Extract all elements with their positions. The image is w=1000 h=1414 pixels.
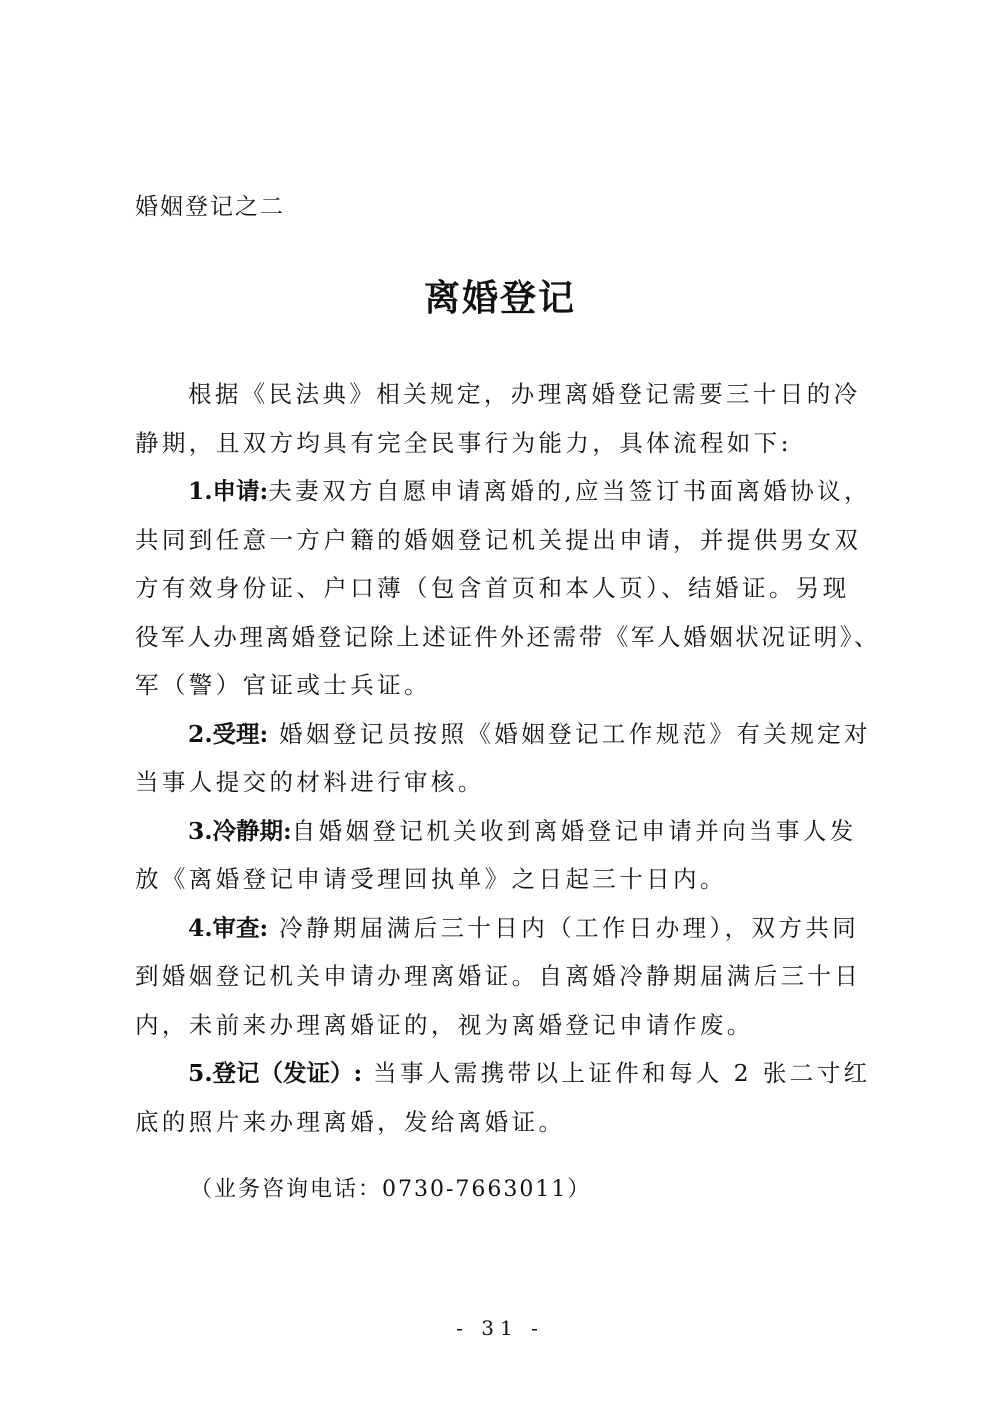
step-line: 5.登记（发证）: 当事人需携带以上证件和每人 2 张二寸红 — [135, 1049, 870, 1098]
page-title: 离婚登记 — [0, 270, 1000, 321]
step-line: 方有效身份证、户口薄（包含首页和本人页）、结婚证。另现 — [135, 564, 870, 613]
step-label: 2.受理: — [188, 720, 268, 748]
step-line: 军（警）官证或士兵证。 — [135, 661, 870, 710]
step-text: 夫妻双方自愿申请离婚的,应当签订书面离婚协议， — [268, 477, 871, 505]
step-label: 3.冷静期: — [188, 817, 292, 845]
step-line: 1.申请:夫妻双方自愿申请离婚的,应当签订书面离婚协议， — [135, 467, 870, 516]
step-line: 到婚姻登记机关申请办理离婚证。自离婚冷静期届满后三十日 — [135, 952, 870, 1001]
step-line: 役军人办理离婚登记除上述证件外还需带《军人婚姻状况证明》、 — [135, 613, 870, 662]
intro-line: 根据《民法典》相关规定，办理离婚登记需要三十日的冷 — [135, 370, 870, 419]
step-review: 4.审查: 冷静期届满后三十日内（工作日办理），双方共同 到婚姻登记机关申请办理… — [135, 904, 870, 1050]
step-line: 2.受理: 婚姻登记员按照《婚姻登记工作规范》有关规定对 — [135, 710, 870, 759]
step-text: 冷静期届满后三十日内（工作日办理），双方共同 — [268, 914, 859, 942]
step-cooling-period: 3.冷静期:自婚姻登记机关收到离婚登记申请并向当事人发 放《离婚登记申请受理回执… — [135, 807, 870, 904]
intro-line: 静期，且双方均具有完全民事行为能力，具体流程如下: — [135, 419, 870, 468]
step-line: 4.审查: 冷静期届满后三十日内（工作日办理），双方共同 — [135, 904, 870, 953]
step-apply: 1.申请:夫妻双方自愿申请离婚的,应当签订书面离婚协议， 共同到任意一方户籍的婚… — [135, 467, 870, 710]
step-line: 底的照片来办理离婚，发给离婚证。 — [135, 1098, 870, 1147]
step-line: 共同到任意一方户籍的婚姻登记机关提出申请，并提供男女双 — [135, 516, 870, 565]
intro-paragraph: 根据《民法典》相关规定，办理离婚登记需要三十日的冷 静期，且双方均具有完全民事行… — [135, 370, 870, 467]
step-line: 内，未前来办理离婚证的，视为离婚登记申请作废。 — [135, 1001, 870, 1050]
page-number: - 31 - — [0, 1316, 1000, 1340]
step-text: 婚姻登记员按照《婚姻登记工作规范》有关规定对 — [268, 720, 871, 748]
step-label: 1.申请: — [188, 477, 268, 505]
step-label: 4.审查: — [188, 914, 268, 942]
contact-phone: （业务咨询电话：0730-7663011） — [190, 1172, 591, 1203]
step-register: 5.登记（发证）: 当事人需携带以上证件和每人 2 张二寸红 底的照片来办理离婚… — [135, 1049, 870, 1146]
step-text: 自婚姻登记机关收到离婚登记申请并向当事人发 — [292, 817, 857, 845]
step-text: 当事人需携带以上证件和每人 2 张二寸红 — [362, 1059, 870, 1087]
step-line: 放《离婚登记申请受理回执单》之日起三十日内。 — [135, 855, 870, 904]
document-body: 根据《民法典》相关规定，办理离婚登记需要三十日的冷 静期，且双方均具有完全民事行… — [135, 370, 870, 1146]
subtitle: 婚姻登记之二 — [135, 188, 285, 221]
step-line: 当事人提交的材料进行审核。 — [135, 758, 870, 807]
step-label: 5.登记（发证）: — [188, 1059, 362, 1087]
step-accept: 2.受理: 婚姻登记员按照《婚姻登记工作规范》有关规定对 当事人提交的材料进行审… — [135, 710, 870, 807]
step-line: 3.冷静期:自婚姻登记机关收到离婚登记申请并向当事人发 — [135, 807, 870, 856]
